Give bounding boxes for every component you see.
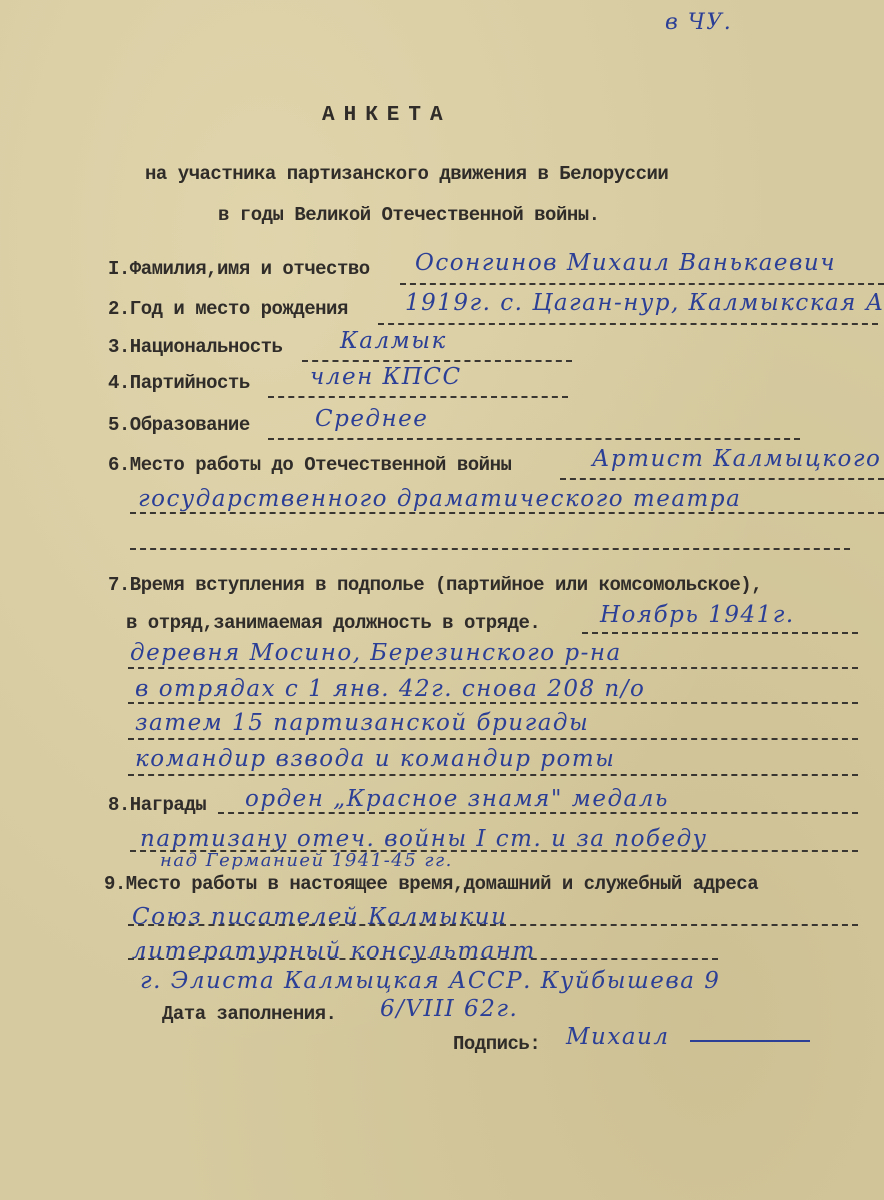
underline	[128, 738, 858, 740]
field-label-current-work: 9.Место работы в настоящее время,домашни…	[104, 873, 758, 895]
field-value-birth: 1919г. с. Цаган-нур, Калмыкская АССР	[405, 290, 884, 316]
field-value-prewar-work-2: государственного драматического театра	[138, 486, 741, 512]
form-title: АНКЕТА	[322, 104, 452, 127]
form-subtitle-line1: на участника партизанского движения в Бе…	[145, 163, 668, 185]
field-value-underground-1: Ноябрь 1941г.	[600, 602, 795, 628]
field-label-underground-2: в отряд,занимаемая должность в отряде.	[126, 612, 540, 634]
underline	[130, 512, 884, 514]
date-value: 6/VIII 62г.	[380, 996, 518, 1022]
form-subtitle-line2: в годы Великой Отечественной войны.	[218, 204, 600, 226]
field-label-education: 5.Образование	[108, 414, 250, 436]
date-label: Дата заполнения.	[162, 1003, 336, 1025]
signature-label: Подпись:	[453, 1033, 540, 1055]
field-label-nationality: 3.Национальность	[108, 336, 282, 358]
field-value-awards-3: над Германией 1941-45 гг.	[160, 850, 453, 871]
underline	[128, 924, 858, 926]
field-value-current-work-3: г. Элиста Калмыцкая АССР. Куйбышева 9	[140, 968, 720, 994]
field-value-current-work-2: литературный консультант	[132, 938, 536, 964]
field-value-party: член КПСС	[310, 364, 462, 390]
underline	[268, 396, 568, 398]
underline	[560, 478, 884, 480]
field-label-underground-1: 7.Время вступления в подполье (партийное…	[108, 574, 762, 596]
field-value-awards-1: орден „Красное знамя" медаль	[245, 786, 669, 812]
field-value-prewar-work-1: Артист Калмыцкого	[592, 446, 881, 472]
underline	[128, 958, 718, 960]
field-value-name: Осонгинов Михаил Ванькаевич	[415, 250, 836, 276]
field-value-underground-2: деревня Мосино, Березинского р-на	[130, 640, 622, 666]
underline	[128, 702, 858, 704]
field-value-underground-5: командир взвода и командир роты	[135, 746, 615, 772]
underline	[302, 360, 572, 362]
field-value-awards-2: партизану отеч. войны I ст. и за победу	[140, 826, 708, 852]
field-value-nationality: Калмык	[340, 328, 447, 354]
field-value-underground-4: затем 15 партизанской бригады	[135, 710, 589, 736]
underline	[400, 283, 884, 285]
field-label-awards: 8.Награды	[108, 794, 206, 816]
margin-note: в ЧУ.	[665, 10, 732, 35]
underline	[218, 812, 858, 814]
underline	[128, 774, 858, 776]
field-label-prewar-work: 6.Место работы до Отечественной войны	[108, 454, 511, 476]
underline	[268, 438, 800, 440]
field-value-underground-3: в отрядах с 1 янв. 42г. снова 208 п/о	[135, 676, 645, 702]
underline	[128, 667, 858, 669]
signature-flourish	[690, 1040, 810, 1042]
field-label-birth: 2.Год и место рождения	[108, 298, 348, 320]
underline	[582, 632, 858, 634]
field-value-current-work-1: Союз писателей Калмыкии	[132, 904, 507, 930]
field-value-education: Среднее	[315, 406, 428, 432]
field-label-name: I.Фамилия,имя и отчество	[108, 258, 370, 280]
signature-value: Михаил	[566, 1024, 670, 1050]
field-label-party: 4.Партийность	[108, 372, 250, 394]
underline	[378, 323, 878, 325]
underline	[130, 548, 850, 550]
